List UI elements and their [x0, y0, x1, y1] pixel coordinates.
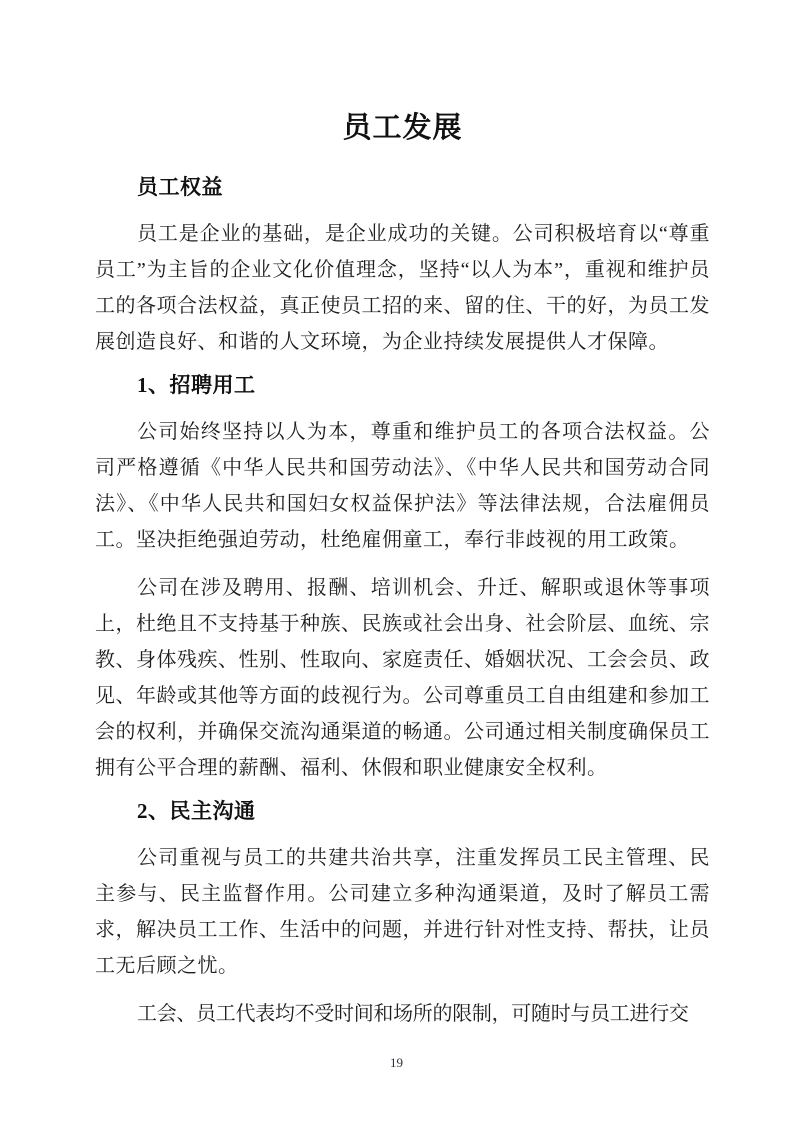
paragraph-recruitment-1: 公司始终坚持以人为本，尊重和维护员工的各项合法权益。公司严格遵循《中华人民共和国…: [95, 414, 710, 558]
subsection-heading-recruitment: 1、招聘用工: [95, 372, 710, 398]
document-page: 员工发展 员工权益 员工是企业的基础，是企业成功的关键。公司积极培育以“尊重员工…: [0, 0, 793, 1122]
page-title: 员工发展: [95, 108, 710, 148]
paragraph-democratic-communication-1: 公司重视与员工的共建共治共享，注重发挥员工民主管理、民主参与、民主监督作用。公司…: [95, 840, 710, 984]
subsection-heading-democratic-communication: 2、民主沟通: [95, 798, 710, 824]
page-number: 19: [0, 1054, 793, 1072]
section-heading-employee-rights: 员工权益: [95, 174, 710, 200]
paragraph-employee-rights-intro: 员工是企业的基础，是企业成功的关键。公司积极培育以“尊重员工”为主旨的企业文化价…: [95, 216, 710, 360]
paragraph-democratic-communication-2: 工会、员工代表均不受时间和场所的限制，可随时与员工进行交: [95, 996, 710, 1032]
paragraph-recruitment-2: 公司在涉及聘用、报酬、培训机会、升迁、解职或退休等事项上，杜绝且不支持基于种族、…: [95, 570, 710, 786]
